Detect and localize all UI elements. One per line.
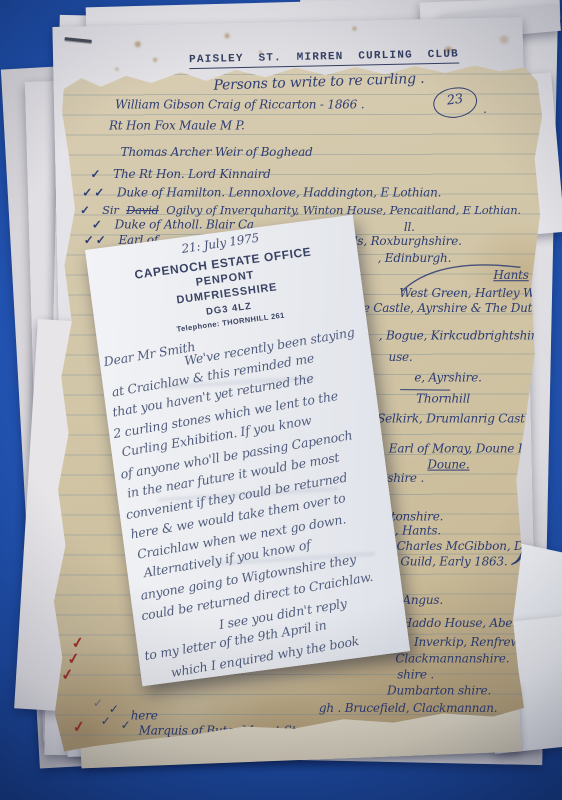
ink-checkmark: ✓: [101, 714, 111, 728]
list-fragment: Dumbarton shire.: [387, 684, 491, 698]
page-number-period: .: [483, 102, 487, 116]
list-fragment: , Hants.: [395, 523, 441, 537]
list-fragment: Clackmannanshire.: [395, 652, 509, 666]
list-entry-text: William Gibson Craig of Riccarton - 1866…: [115, 97, 364, 111]
letter-sheet: 21: July 1975 CAPENOCH ESTATE OFFICE PEN…: [85, 215, 410, 686]
club-title: PAISLEY ST. MIRREN CURLING CLUB: [189, 48, 459, 69]
list-fragment: here: [131, 708, 158, 722]
list-entry: Thomas Archer Weir of Boghead: [121, 145, 313, 159]
list-entry: ✓ Sir David Ogilvy of Inverquharity, Win…: [80, 203, 521, 217]
list-fragment: e, Ayrshire.: [414, 371, 481, 385]
list-fragment: gh . Brucefield, Clackmannan.: [319, 701, 498, 715]
list-fragment: Guild, Early 1863.: [400, 555, 507, 569]
ink-checkmark: ✓✓: [82, 186, 106, 200]
red-checkmark: ✓: [60, 665, 75, 684]
ink-checkmark: ✓: [121, 718, 131, 732]
list-entry: ✓ The Rt Hon. Lord Kinnaird: [90, 167, 270, 181]
list-fragment: , Selkirk, Drumlanrig Castle,: [370, 412, 539, 426]
list-fragment: , Bogue, Kirkcudbrightshire.: [379, 329, 547, 343]
letter-salutation: Dear Mr Smith: [103, 339, 197, 369]
list-fragment: use.: [389, 350, 413, 364]
list-entry: ✓ Duke of Atholl. Blair Ca: [92, 218, 254, 232]
ink-checkmark: ✓: [90, 167, 102, 181]
list-fragment: Thornhill: [416, 392, 470, 406]
list-entry-text: Rt Hon Fox Maule M P.: [109, 119, 245, 133]
ink-checkmark: ✓: [80, 203, 92, 217]
red-checkmark: ✓: [72, 717, 87, 736]
list-entry-text: Thomas Archer Weir of Boghead: [121, 145, 313, 159]
page-number: 23: [446, 92, 464, 109]
page-number-circle: 23: [431, 85, 478, 120]
ink-checkmark: ✓: [92, 218, 104, 232]
list-entry: William Gibson Craig of Riccarton - 1866…: [115, 97, 364, 111]
list-heading: Persons to write to re curling .: [213, 71, 424, 94]
list-entry-text: Duke of Hamilton. Lennoxlove, Haddington…: [117, 186, 441, 200]
list-fragment: shire .: [387, 471, 424, 485]
list-fragment: Doune.: [427, 458, 469, 472]
pencil-checkmark: ✓: [93, 696, 103, 710]
staple: [65, 37, 92, 43]
struck-word: David: [126, 203, 159, 217]
list-entry: ✓✓ Duke of Hamilton. Lennoxlove, Hadding…: [82, 186, 441, 200]
list-fragment: shire .: [397, 667, 434, 681]
list-entry-text: The Rt Hon. Lord Kinnaird: [113, 167, 270, 181]
photo-of-letter-stack: PAISLEY ST. MIRREN CURLING CLUB Persons …: [0, 0, 562, 800]
ink-overline: [400, 389, 450, 391]
list-fragment: ie Castle, Ayrshire & The Dutch House.: [359, 301, 562, 315]
list-fragment: tonshire.: [391, 509, 443, 523]
list-entry: Rt Hon Fox Maule M P.: [109, 119, 245, 133]
list-entry-text: Sir: [102, 203, 118, 217]
list-fragment: ls, Roxburghshire.: [354, 234, 462, 248]
ink-checkmark: ✓✓: [84, 233, 108, 247]
list-fragment: ll.: [404, 220, 415, 234]
